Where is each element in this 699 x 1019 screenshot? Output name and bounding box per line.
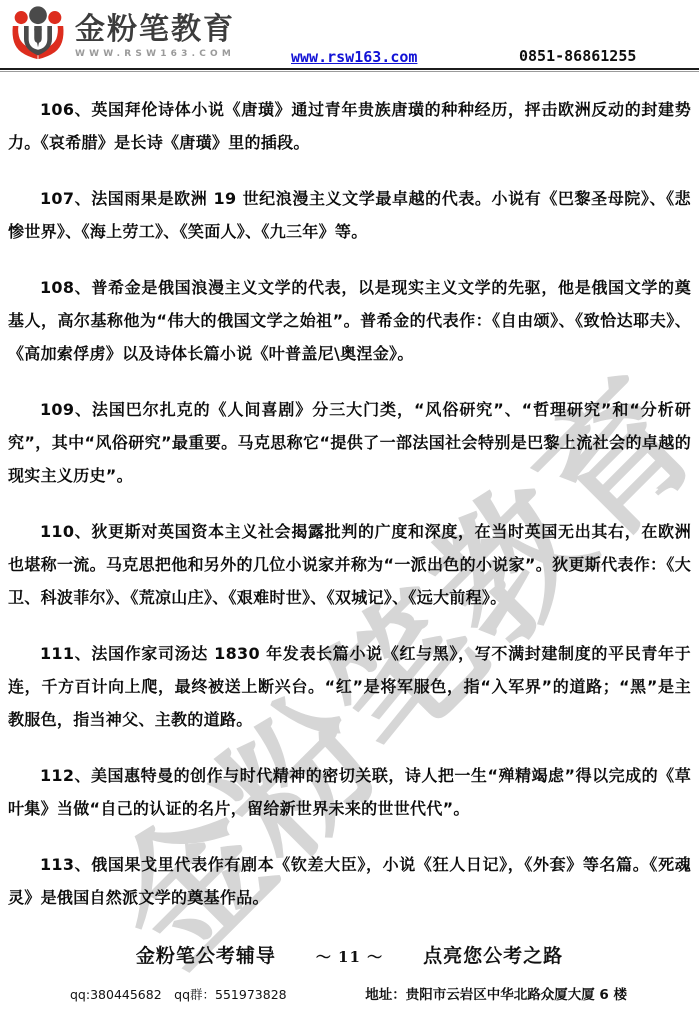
paragraph-106: 106、英国拜伦诗体小说《唐璜》通过青年贵族唐璜的种种经历，抨击欧洲反动的封建势… (8, 93, 691, 159)
address: 地址：贵阳市云岩区中华北路众厦大厦 6 楼 (365, 983, 627, 1003)
footer-brand-slogan-left: 金粉笔公考辅导 (136, 941, 276, 968)
document-page: 金粉笔教育 金粉笔教育 WWW.RSW163.COM www (0, 0, 699, 1019)
brand-name: 金粉笔教育 (75, 14, 235, 46)
paragraph-111: 111、法国作家司汤达 1830 年发表长篇小说《红与黑》，写不满封建制度的平民… (8, 637, 691, 736)
footer: 金粉笔公考辅导 ～ 11 ～ 点亮您公考之路 (0, 941, 699, 968)
paragraph-108: 108、普希金是俄国浪漫主义文学的代表，以是现实主义文学的先驱，他是俄国文学的奠… (8, 271, 691, 370)
brand-text-block: 金粉笔教育 WWW.RSW163.COM (75, 6, 235, 59)
logo-icon (10, 4, 66, 61)
paragraph-112: 112、美国惠特曼的创作与时代精神的密切关联，诗人把一生“殚精竭虑”得以完成的《… (8, 759, 691, 825)
contact-bar: qq:380445682 qq群：551973828 地址：贵阳市云岩区中华北路… (0, 983, 699, 1003)
paragraph-110: 110、狄更斯对英国资本主义社会揭露批判的广度和深度，在当时英国无出其右，在欧洲… (8, 515, 691, 614)
website-link[interactable]: www.rsw163.com (291, 48, 417, 66)
footer-brand-slogan-right: 点亮您公考之路 (423, 941, 563, 968)
document-body: 106、英国拜伦诗体小说《唐璜》通过青年贵族唐璜的种种经历，抨击欧洲反动的封建势… (0, 69, 699, 914)
page-number: ～ 11 ～ (316, 946, 383, 967)
qq-contact: qq:380445682 qq群：551973828 (70, 985, 287, 1003)
brand-site-url: WWW.RSW163.COM (75, 49, 235, 59)
phone-number: 0851-86861255 (519, 47, 636, 65)
paragraph-109: 109、法国巴尔扎克的《人间喜剧》分三大门类，“风俗研究”、“哲理研究”和“分析… (8, 393, 691, 492)
paragraph-113: 113、俄国果戈里代表作有剧本《钦差大臣》，小说《狂人日记》，《外套》等名篇。《… (8, 848, 691, 914)
header: 金粉笔教育 WWW.RSW163.COM www.rsw163.com 0851… (0, 0, 699, 69)
paragraph-107: 107、法国雨果是欧洲 19 世纪浪漫主义文学最卓越的代表。小说有《巴黎圣母院》… (8, 182, 691, 248)
brand-logo: 金粉笔教育 WWW.RSW163.COM (10, 4, 235, 61)
